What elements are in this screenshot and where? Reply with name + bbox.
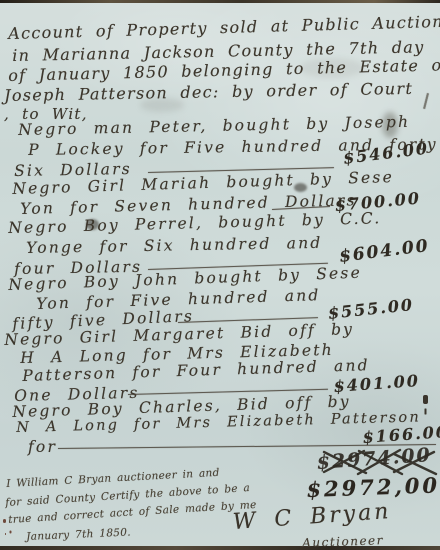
certification-line: January 7th 1850. <box>26 526 131 543</box>
entry-line: Yonge for Six hundred and <box>26 234 323 257</box>
amount-value: $604.00 <box>338 236 431 267</box>
ink-blot-mark <box>423 395 428 404</box>
amount-value: $555.00 <box>327 295 415 323</box>
document-page: Account of Property sold at Public Aucti… <box>0 0 440 550</box>
signature-title: Auctioneer <box>302 533 384 550</box>
entry-line: for <box>28 438 57 456</box>
pen-stroke-mark <box>423 93 429 109</box>
paper-edge-top <box>0 0 440 3</box>
margin-dot-mark <box>3 519 6 523</box>
total-final: $2972,00 <box>306 472 440 502</box>
